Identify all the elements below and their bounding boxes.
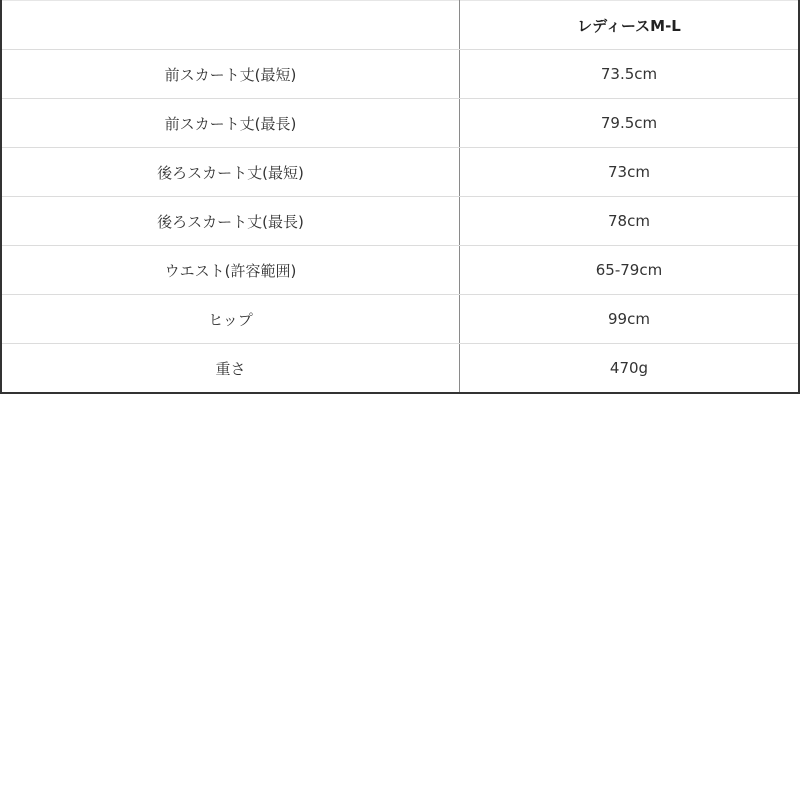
table-row: 前スカート丈(最長) 79.5cm [1, 99, 799, 148]
row-value: 99cm [460, 295, 800, 344]
table-header-row: レディースM-L [1, 1, 799, 50]
row-label: 後ろスカート丈(最短) [1, 148, 460, 197]
row-value: 79.5cm [460, 99, 800, 148]
row-value: 78cm [460, 197, 800, 246]
table-row: 前スカート丈(最短) 73.5cm [1, 50, 799, 99]
header-size-cell: レディースM-L [460, 1, 800, 50]
row-label: ヒップ [1, 295, 460, 344]
row-label: 後ろスカート丈(最長) [1, 197, 460, 246]
header-label-cell [1, 1, 460, 50]
row-value: 73.5cm [460, 50, 800, 99]
row-value: 73cm [460, 148, 800, 197]
row-label: 重さ [1, 344, 460, 394]
table-row: ヒップ 99cm [1, 295, 799, 344]
table-row: ウエスト(許容範囲) 65-79cm [1, 246, 799, 295]
row-label: ウエスト(許容範囲) [1, 246, 460, 295]
table-row: 後ろスカート丈(最短) 73cm [1, 148, 799, 197]
size-chart-table: レディースM-L 前スカート丈(最短) 73.5cm 前スカート丈(最長) 79… [0, 0, 800, 394]
row-label: 前スカート丈(最長) [1, 99, 460, 148]
table-row: 重さ 470g [1, 344, 799, 394]
table-row: 後ろスカート丈(最長) 78cm [1, 197, 799, 246]
row-label: 前スカート丈(最短) [1, 50, 460, 99]
row-value: 470g [460, 344, 800, 394]
row-value: 65-79cm [460, 246, 800, 295]
